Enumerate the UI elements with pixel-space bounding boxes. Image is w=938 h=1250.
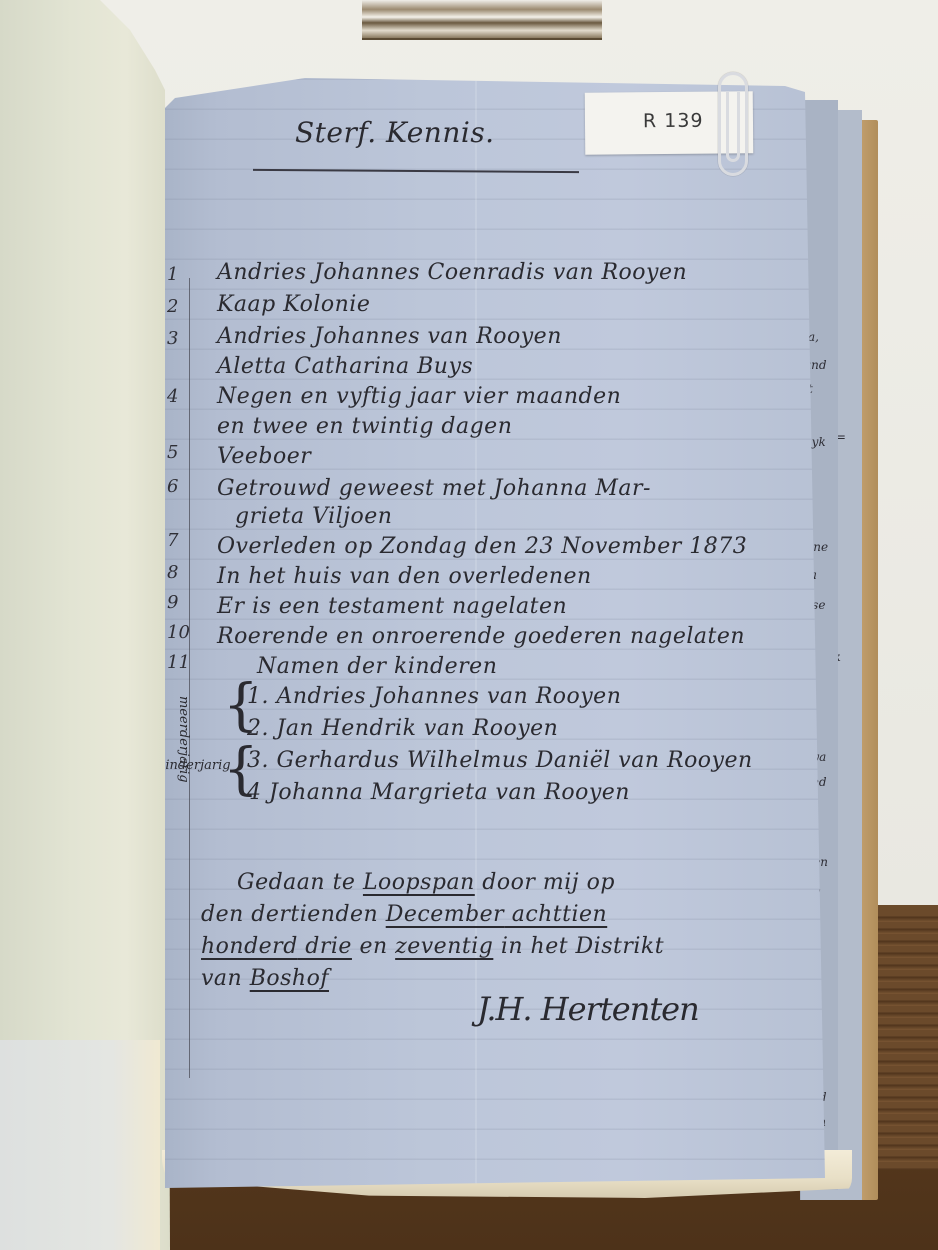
closing-text: Gedaan te	[237, 870, 363, 895]
child-name: Gerhardus Wilhelmus Daniël van Rooyen	[277, 748, 753, 773]
closing-year-part: honderd	[201, 934, 298, 959]
entry-spouse-cont: grieta Viljoen	[235, 504, 392, 529]
entry-mother-name: Aletta Catharina Buys	[217, 354, 473, 379]
child-number: 3.	[247, 748, 269, 773]
closing-line-2: den dertienden December achttien	[201, 902, 607, 927]
death-notice-sheet: Sterf. Kennis. 1 2 3 4 5 6 7 8 9 10 11 A…	[165, 78, 825, 1188]
metal-binder-clip	[362, 0, 602, 40]
back-text-fragment: a,	[808, 330, 819, 344]
closing-year-part: zeventig	[395, 934, 493, 959]
entry-children-heading: Namen der kinderen	[257, 654, 497, 679]
margin-number: 1	[167, 264, 178, 285]
entry-testament: Er is een testament nagelaten	[217, 594, 567, 619]
wood-grain-edge	[873, 910, 938, 1170]
entry-spouse: Getrouwd geweest met Johanna Mar-	[217, 476, 651, 501]
closing-year-part: achttien	[504, 902, 607, 927]
entry-place-of-death: In het huis van den overledenen	[217, 564, 592, 589]
child-name: Andries Johannes van Rooyen	[277, 684, 622, 709]
entry-date-of-death: Overleden op Zondag den 23 November 1873	[217, 534, 747, 559]
closing-place: Loopspan	[363, 870, 475, 895]
closing-text: den dertienden	[201, 902, 386, 927]
closing-line-4: van Boshof	[201, 966, 329, 991]
closing-text: in het Distrikt	[493, 934, 664, 959]
entry-deceased-name: Andries Johannes Coenradis van Rooyen	[217, 260, 687, 285]
margin-number: 11	[167, 652, 190, 673]
entry-age-cont: en twee en twintig dagen	[217, 414, 512, 439]
entry-property: Roerende en onroerende goederen nagelate…	[217, 624, 745, 649]
child-4: 4 Johanna Margrieta van Rooyen	[247, 780, 630, 805]
closing-line-3: honderd drie en zeventig in het Distrikt	[201, 934, 664, 959]
margin-number: 6	[167, 476, 178, 497]
child-name: Johanna Margrieta van Rooyen	[269, 780, 630, 805]
margin-rule	[189, 278, 190, 1078]
child-3: 3. Gerhardus Wilhelmus Daniël van Rooyen	[247, 748, 753, 773]
child-number: 4	[247, 780, 262, 805]
child-number: 2.	[247, 716, 269, 741]
closing-line-1: Gedaan te Loopspan door mij op	[237, 870, 615, 895]
entry-age: Negen en vyftig jaar vier maanden	[217, 384, 621, 409]
entry-occupation: Veeboer	[217, 444, 311, 469]
closing-text: en	[352, 934, 395, 959]
child-1: 1. Andries Johannes van Rooyen	[247, 684, 621, 709]
child-2: 2. Jan Hendrik van Rooyen	[247, 716, 558, 741]
closing-text: door mij op	[475, 870, 615, 895]
margin-number: 3	[167, 328, 178, 349]
child-name: Jan Hendrik van Rooyen	[277, 716, 559, 741]
official-signature: J.H. Hertenten	[477, 990, 699, 1028]
margin-number: 10	[167, 622, 190, 643]
margin-number: 4	[167, 386, 178, 407]
margin-number: 5	[167, 442, 178, 463]
margin-number: 8	[167, 562, 178, 583]
closing-text: van	[201, 966, 250, 991]
margin-number: 7	[167, 530, 178, 551]
left-page-lower-edge	[0, 1040, 160, 1250]
child-number: 1.	[247, 684, 269, 709]
margin-number: 2	[167, 296, 178, 317]
entry-father-name: Andries Johannes van Rooyen	[217, 324, 562, 349]
closing-district: Boshof	[250, 966, 329, 991]
closing-year-part: drie	[298, 934, 352, 959]
margin-number: 9	[167, 592, 178, 613]
archive-reference-number: R 139	[643, 110, 704, 133]
margin-note-minderjarig: minderjarig	[165, 758, 231, 773]
entry-birthplace: Kaap Kolonie	[217, 292, 370, 317]
paperclip-inner-loop	[726, 92, 740, 162]
closing-month: December	[386, 902, 504, 927]
document-title: Sterf. Kennis.	[295, 116, 495, 149]
